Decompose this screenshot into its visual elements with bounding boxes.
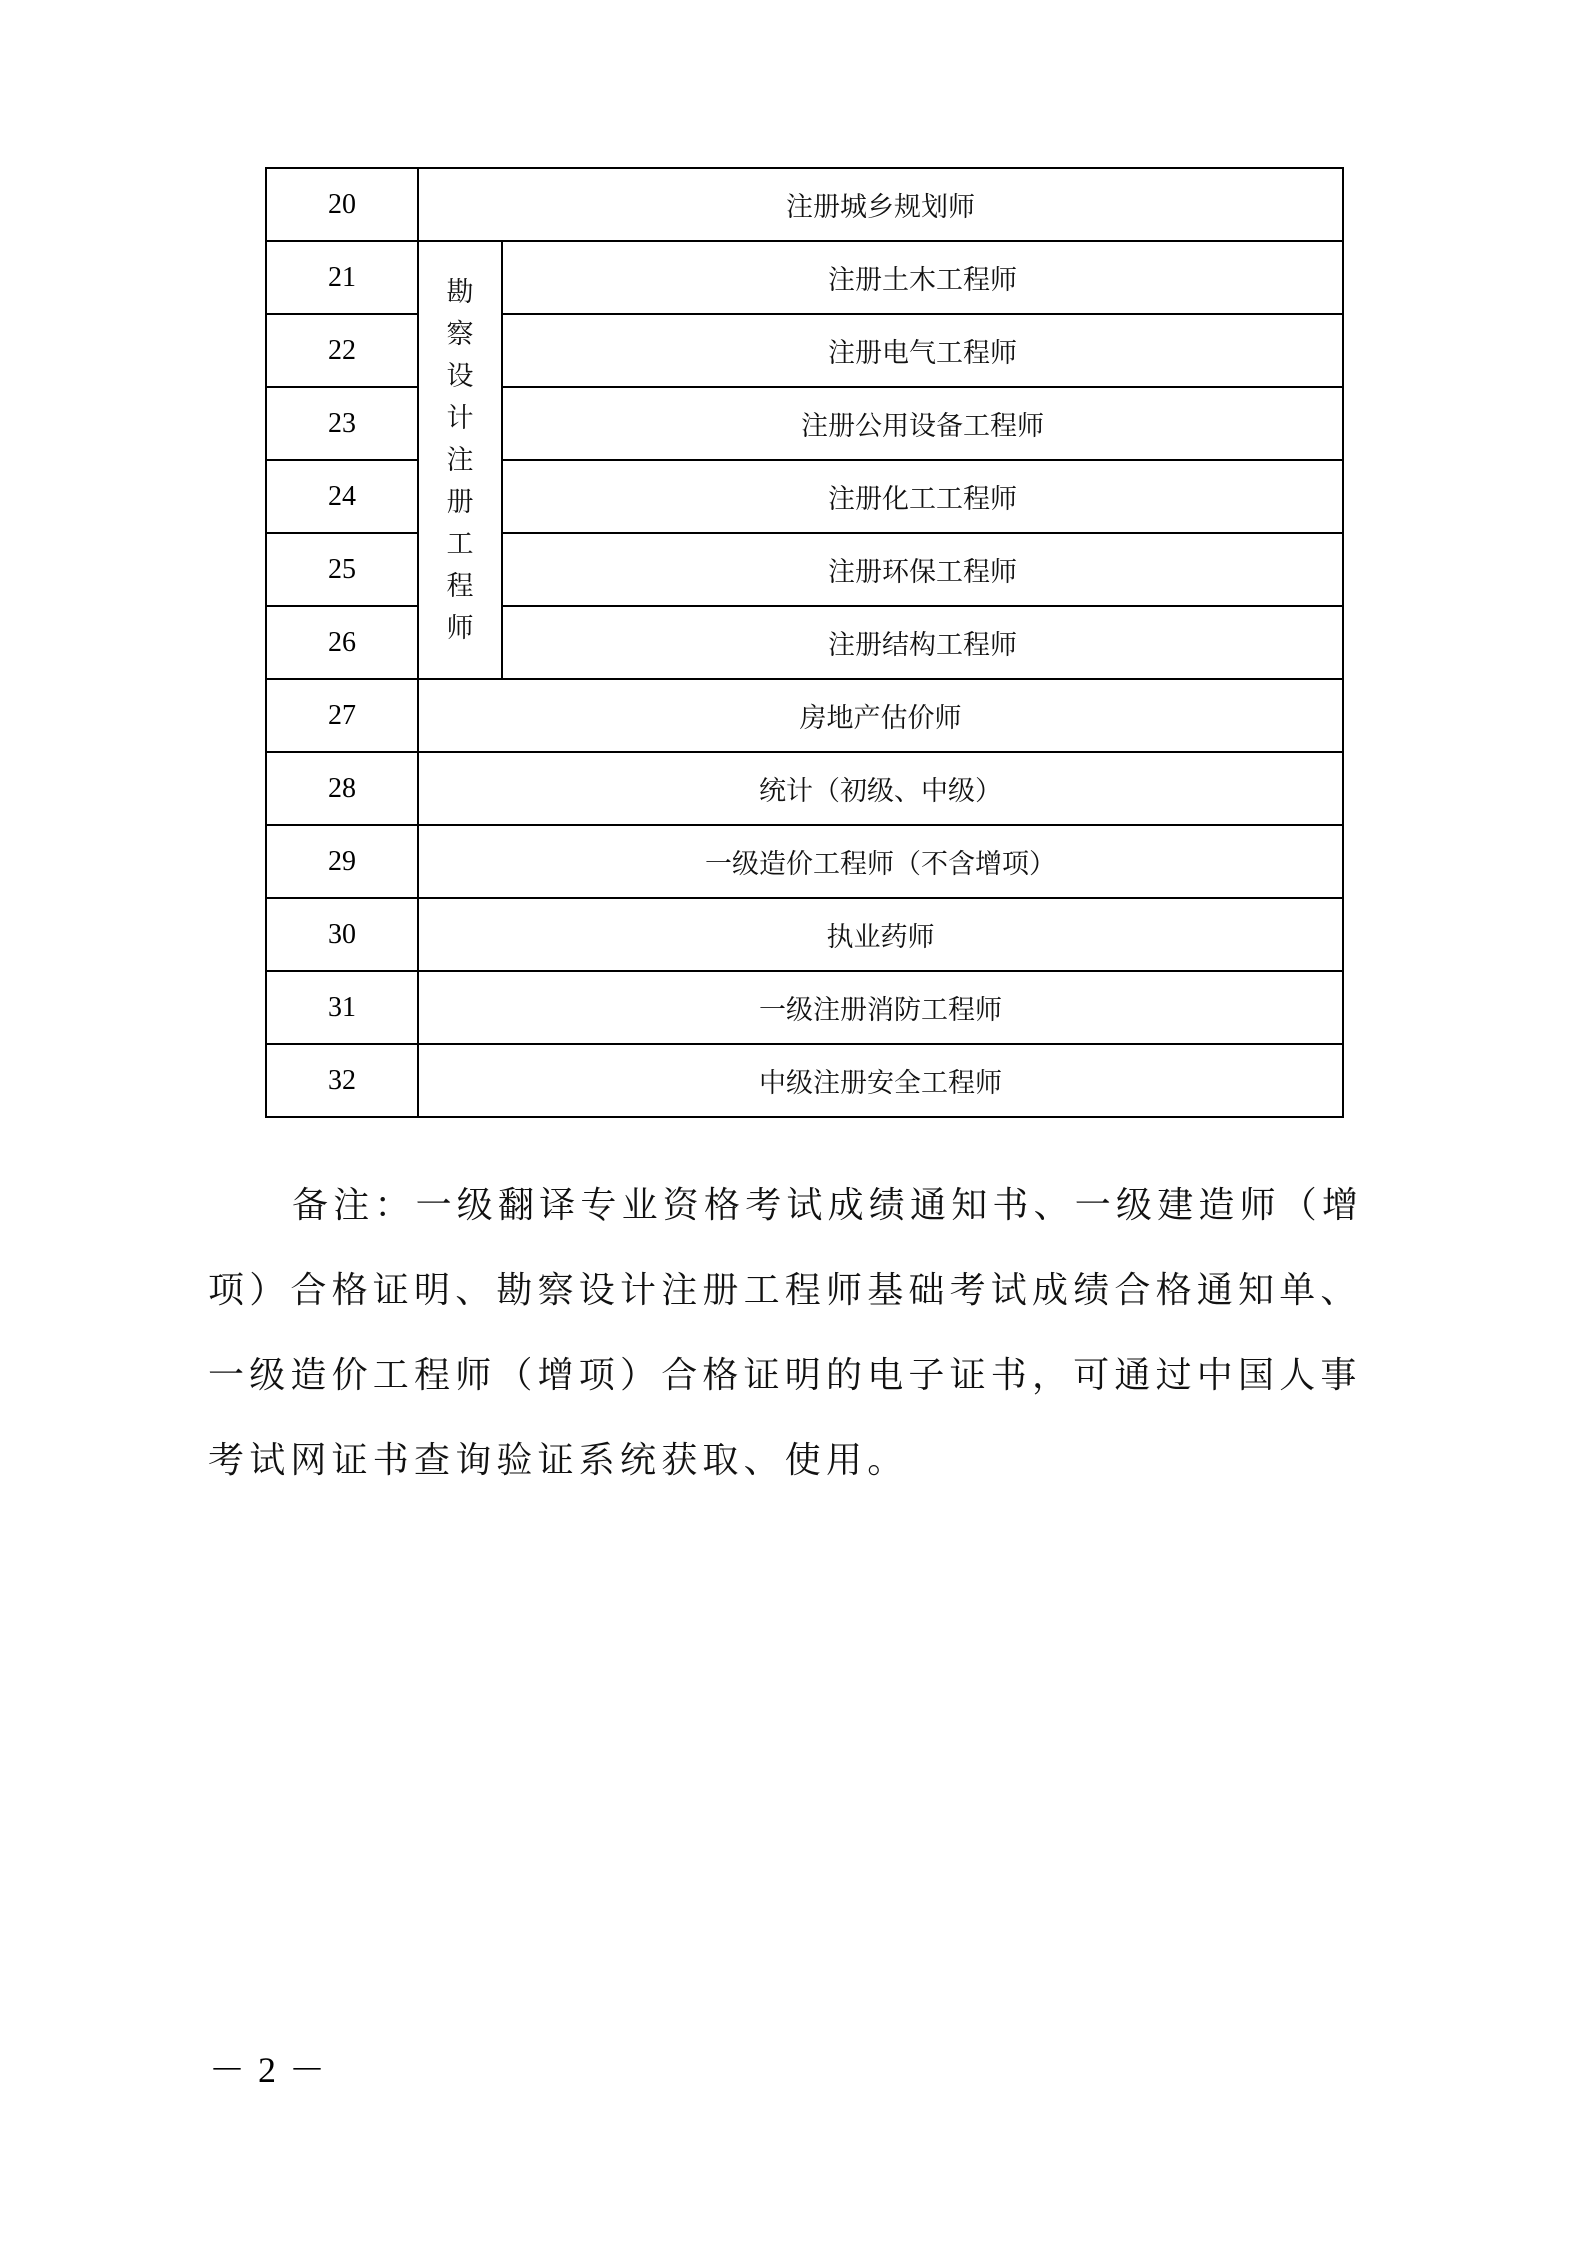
row-number: 29	[266, 825, 418, 898]
page-number: － 2 －	[209, 2042, 327, 2093]
certificate-table: 20 注册城乡规划师 21 勘 察 设 计 注 册 工 程 师 注册土木工程师	[265, 167, 1344, 1118]
row-number: 22	[266, 314, 418, 387]
row-number: 26	[266, 606, 418, 679]
group-label-survey-design-engineer: 勘 察 设 计 注 册 工 程 师	[418, 241, 502, 679]
certificate-name: 统计（初级、中级）	[418, 752, 1343, 825]
certificate-name: 注册结构工程师	[502, 606, 1343, 679]
certificate-name: 注册土木工程师	[502, 241, 1343, 314]
table-row: 32 中级注册安全工程师	[266, 1044, 1343, 1117]
group-char: 注	[419, 440, 501, 482]
row-number: 31	[266, 971, 418, 1044]
row-number: 28	[266, 752, 418, 825]
group-char: 工	[419, 524, 501, 566]
group-char: 册	[419, 482, 501, 524]
certificate-name: 房地产估价师	[418, 679, 1343, 752]
row-number: 30	[266, 898, 418, 971]
certificate-name: 注册化工工程师	[502, 460, 1343, 533]
table-row: 29 一级造价工程师（不含增项）	[266, 825, 1343, 898]
table-row: 31 一级注册消防工程师	[266, 971, 1343, 1044]
table-row: 20 注册城乡规划师	[266, 168, 1343, 241]
group-char: 勘	[419, 272, 501, 314]
row-number: 20	[266, 168, 418, 241]
row-number: 21	[266, 241, 418, 314]
group-char: 师	[419, 608, 501, 650]
certificate-name: 执业药师	[418, 898, 1343, 971]
certificate-name: 注册公用设备工程师	[502, 387, 1343, 460]
table-row: 28 统计（初级、中级）	[266, 752, 1343, 825]
table-row: 21 勘 察 设 计 注 册 工 程 师 注册土木工程师	[266, 241, 1343, 314]
group-char: 计	[419, 398, 501, 440]
certificate-name: 注册城乡规划师	[418, 168, 1343, 241]
certificate-name: 注册环保工程师	[502, 533, 1343, 606]
group-char: 设	[419, 356, 501, 398]
group-char: 程	[419, 566, 501, 608]
row-number: 25	[266, 533, 418, 606]
table-row: 27 房地产估价师	[266, 679, 1343, 752]
row-number: 27	[266, 679, 418, 752]
certificate-name: 一级造价工程师（不含增项）	[418, 825, 1343, 898]
certificate-name: 中级注册安全工程师	[418, 1044, 1343, 1117]
document-page: 20 注册城乡规划师 21 勘 察 设 计 注 册 工 程 师 注册土木工程师	[0, 0, 1587, 2245]
certificate-name: 一级注册消防工程师	[418, 971, 1343, 1044]
certificate-name: 注册电气工程师	[502, 314, 1343, 387]
remarks-paragraph: 备注：一级翻译专业资格考试成绩通知书、一级建造师（增项）合格证明、勘察设计注册工…	[208, 1163, 1388, 1503]
row-number: 24	[266, 460, 418, 533]
row-number: 23	[266, 387, 418, 460]
group-char: 察	[419, 314, 501, 356]
row-number: 32	[266, 1044, 418, 1117]
table-row: 30 执业药师	[266, 898, 1343, 971]
